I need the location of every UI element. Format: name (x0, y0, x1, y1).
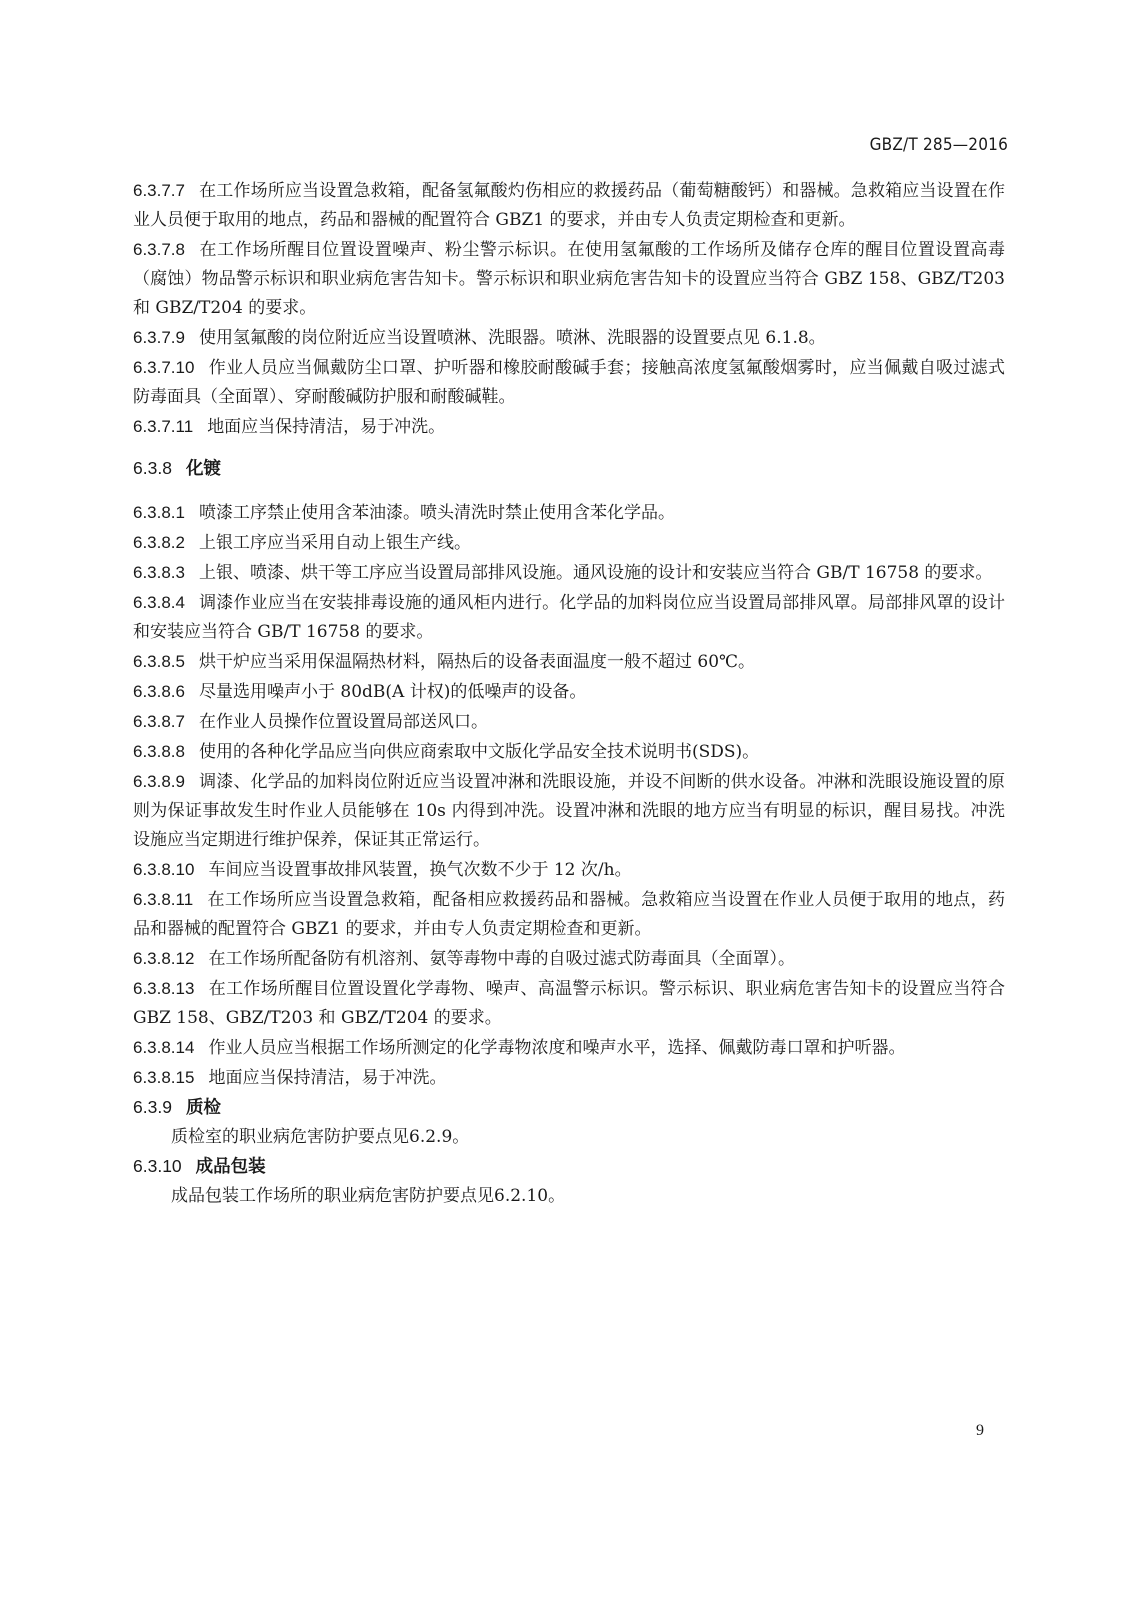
clause-6-3-8-6: 6.3.8.6尽量选用噪声小于 80dB(A 计权)的低噪声的设备。 (133, 677, 1005, 707)
clause-text: 作业人员应当佩戴防尘口罩、护听器和橡胶耐酸碱手套；接触高浓度氢氟酸烟雾时，应当佩… (133, 358, 1005, 407)
clause-text: 调漆、化学品的加料岗位附近应当设置冲淋和洗眼设施，并设不间断的供水设备。冲淋和洗… (133, 772, 1005, 850)
clause-number: 6.3.8.1 (133, 503, 185, 522)
clause-6-3-8-2: 6.3.8.2上银工序应当采用自动上银生产线。 (133, 528, 1005, 558)
clause-number: 6.3.7.8 (133, 240, 185, 259)
clause-number: 6.3.8.13 (133, 979, 194, 998)
clause-text: 作业人员应当根据工作场所测定的化学毒物浓度和噪声水平，选择、佩戴防毒口罩和护听器… (208, 1038, 905, 1058)
clause-number: 6.3.8.11 (133, 890, 193, 909)
section-6-3-10-body: 成品包装工作场所的职业病危害防护要点见6.2.10。 (133, 1182, 1005, 1211)
clause-number: 6.3.8.6 (133, 682, 185, 701)
clause-6-3-7-11: 6.3.7.11地面应当保持清洁，易于冲洗。 (133, 412, 1005, 442)
clause-6-3-7-10: 6.3.7.10作业人员应当佩戴防尘口罩、护听器和橡胶耐酸碱手套；接触高浓度氢氟… (133, 353, 1005, 412)
document-body: 6.3.7.7在工作场所应当设置急救箱，配备氢氟酸灼伤相应的救援药品（葡萄糖酸钙… (133, 176, 1005, 1211)
clause-number: 6.3.7.7 (133, 181, 185, 200)
clause-6-3-8-9: 6.3.8.9调漆、化学品的加料岗位附近应当设置冲淋和洗眼设施，并设不间断的供水… (133, 767, 1005, 855)
clause-number: 6.3.8.9 (133, 772, 185, 791)
clause-text: 地面应当保持清洁，易于冲洗。 (207, 417, 445, 437)
page-number: 9 (976, 1422, 984, 1440)
clause-6-3-8-5: 6.3.8.5烘干炉应当采用保温隔热材料，隔热后的设备表面温度一般不超过 60℃… (133, 647, 1005, 677)
section-number: 6.3.10 (133, 1156, 182, 1176)
clause-number: 6.3.8.2 (133, 533, 185, 552)
clause-6-3-8-12: 6.3.8.12在工作场所配备防有机溶剂、氨等毒物中毒的自吸过滤式防毒面具（全面… (133, 944, 1005, 974)
clause-text: 使用的各种化学品应当向供应商索取中文版化学品安全技术说明书(SDS)。 (199, 742, 759, 762)
section-title: 质检 (186, 1098, 221, 1118)
clause-text: 尽量选用噪声小于 80dB(A 计权)的低噪声的设备。 (199, 682, 586, 702)
section-6-3-9-body: 质检室的职业病危害防护要点见6.2.9。 (133, 1123, 1005, 1152)
clause-text: 在作业人员操作位置设置局部送风口。 (199, 712, 488, 732)
clause-number: 6.3.8.14 (133, 1038, 194, 1057)
clause-6-3-8-7: 6.3.8.7在作业人员操作位置设置局部送风口。 (133, 707, 1005, 737)
clause-6-3-8-3: 6.3.8.3上银、喷漆、烘干等工序应当设置局部排风设施。通风设施的设计和安装应… (133, 558, 1005, 588)
clause-number: 6.3.8.8 (133, 742, 185, 761)
clause-number: 6.3.8.12 (133, 949, 194, 968)
clause-6-3-8-4: 6.3.8.4调漆作业应当在安装排毒设施的通风柜内进行。化学品的加料岗位应当设置… (133, 588, 1005, 647)
section-number: 6.3.9 (133, 1097, 172, 1117)
clause-6-3-8-11: 6.3.8.11在工作场所应当设置急救箱，配备相应救援药品和器械。急救箱应当设置… (133, 885, 1005, 944)
clause-6-3-8-10: 6.3.8.10车间应当设置事故排风装置，换气次数不少于 12 次/h。 (133, 855, 1005, 885)
clause-6-3-7-7: 6.3.7.7在工作场所应当设置急救箱，配备氢氟酸灼伤相应的救援药品（葡萄糖酸钙… (133, 176, 1005, 235)
section-heading-6-3-8: 6.3.8化镀 (133, 454, 1005, 484)
standard-code-header: GBZ/T 285—2016 (870, 135, 1008, 155)
clause-6-3-8-15: 6.3.8.15地面应当保持清洁，易于冲洗。 (133, 1063, 1005, 1093)
clause-text: 车间应当设置事故排风装置，换气次数不少于 12 次/h。 (208, 860, 631, 880)
clause-6-3-8-8: 6.3.8.8使用的各种化学品应当向供应商索取中文版化学品安全技术说明书(SDS… (133, 737, 1005, 767)
clause-text: 地面应当保持清洁，易于冲洗。 (208, 1068, 446, 1088)
clause-text: 喷漆工序禁止使用含苯油漆。喷头清洗时禁止使用含苯化学品。 (199, 503, 675, 523)
clause-number: 6.3.8.3 (133, 563, 185, 582)
clause-number: 6.3.8.4 (133, 593, 185, 612)
clause-number: 6.3.8.7 (133, 712, 185, 731)
clause-number: 6.3.8.5 (133, 652, 185, 671)
section-heading-6-3-10: 6.3.10成品包装 (133, 1152, 1005, 1182)
section-heading-6-3-9: 6.3.9质检 (133, 1093, 1005, 1123)
clause-number: 6.3.8.15 (133, 1068, 194, 1087)
section-title: 化镀 (186, 459, 221, 479)
clause-text: 在工作场所醒目位置设置化学毒物、噪声、高温警示标识。警示标识、职业病危害告知卡的… (133, 979, 1005, 1028)
clause-text: 在工作场所醒目位置设置噪声、粉尘警示标识。在使用氢氟酸的工作场所及储存仓库的醒目… (133, 240, 1005, 318)
clause-text: 使用氢氟酸的岗位附近应当设置喷淋、洗眼器。喷淋、洗眼器的设置要点见 6.1.8。 (199, 328, 826, 348)
clause-number: 6.3.7.11 (133, 417, 193, 436)
clause-text: 调漆作业应当在安装排毒设施的通风柜内进行。化学品的加料岗位应当设置局部排风罩。局… (133, 593, 1005, 642)
clause-text: 烘干炉应当采用保温隔热材料，隔热后的设备表面温度一般不超过 60℃。 (199, 652, 755, 672)
clause-number: 6.3.7.10 (133, 358, 194, 377)
clause-6-3-8-1: 6.3.8.1喷漆工序禁止使用含苯油漆。喷头清洗时禁止使用含苯化学品。 (133, 498, 1005, 528)
clause-text: 上银、喷漆、烘干等工序应当设置局部排风设施。通风设施的设计和安装应当符合 GB/… (199, 563, 992, 583)
clause-6-3-8-13: 6.3.8.13在工作场所醒目位置设置化学毒物、噪声、高温警示标识。警示标识、职… (133, 974, 1005, 1033)
clause-6-3-8-14: 6.3.8.14作业人员应当根据工作场所测定的化学毒物浓度和噪声水平，选择、佩戴… (133, 1033, 1005, 1063)
section-title: 成品包装 (196, 1157, 266, 1177)
clause-6-3-7-9: 6.3.7.9使用氢氟酸的岗位附近应当设置喷淋、洗眼器。喷淋、洗眼器的设置要点见… (133, 323, 1005, 353)
clause-text: 在工作场所应当设置急救箱，配备相应救援药品和器械。急救箱应当设置在作业人员便于取… (133, 890, 1005, 939)
clause-number: 6.3.7.9 (133, 328, 185, 347)
clause-text: 上银工序应当采用自动上银生产线。 (199, 533, 471, 553)
clause-text: 在工作场所应当设置急救箱，配备氢氟酸灼伤相应的救援药品（葡萄糖酸钙）和器械。急救… (133, 181, 1005, 230)
section-number: 6.3.8 (133, 458, 172, 478)
clause-number: 6.3.8.10 (133, 860, 194, 879)
clause-text: 在工作场所配备防有机溶剂、氨等毒物中毒的自吸过滤式防毒面具（全面罩）。 (208, 949, 795, 969)
clause-6-3-7-8: 6.3.7.8在工作场所醒目位置设置噪声、粉尘警示标识。在使用氢氟酸的工作场所及… (133, 235, 1005, 323)
